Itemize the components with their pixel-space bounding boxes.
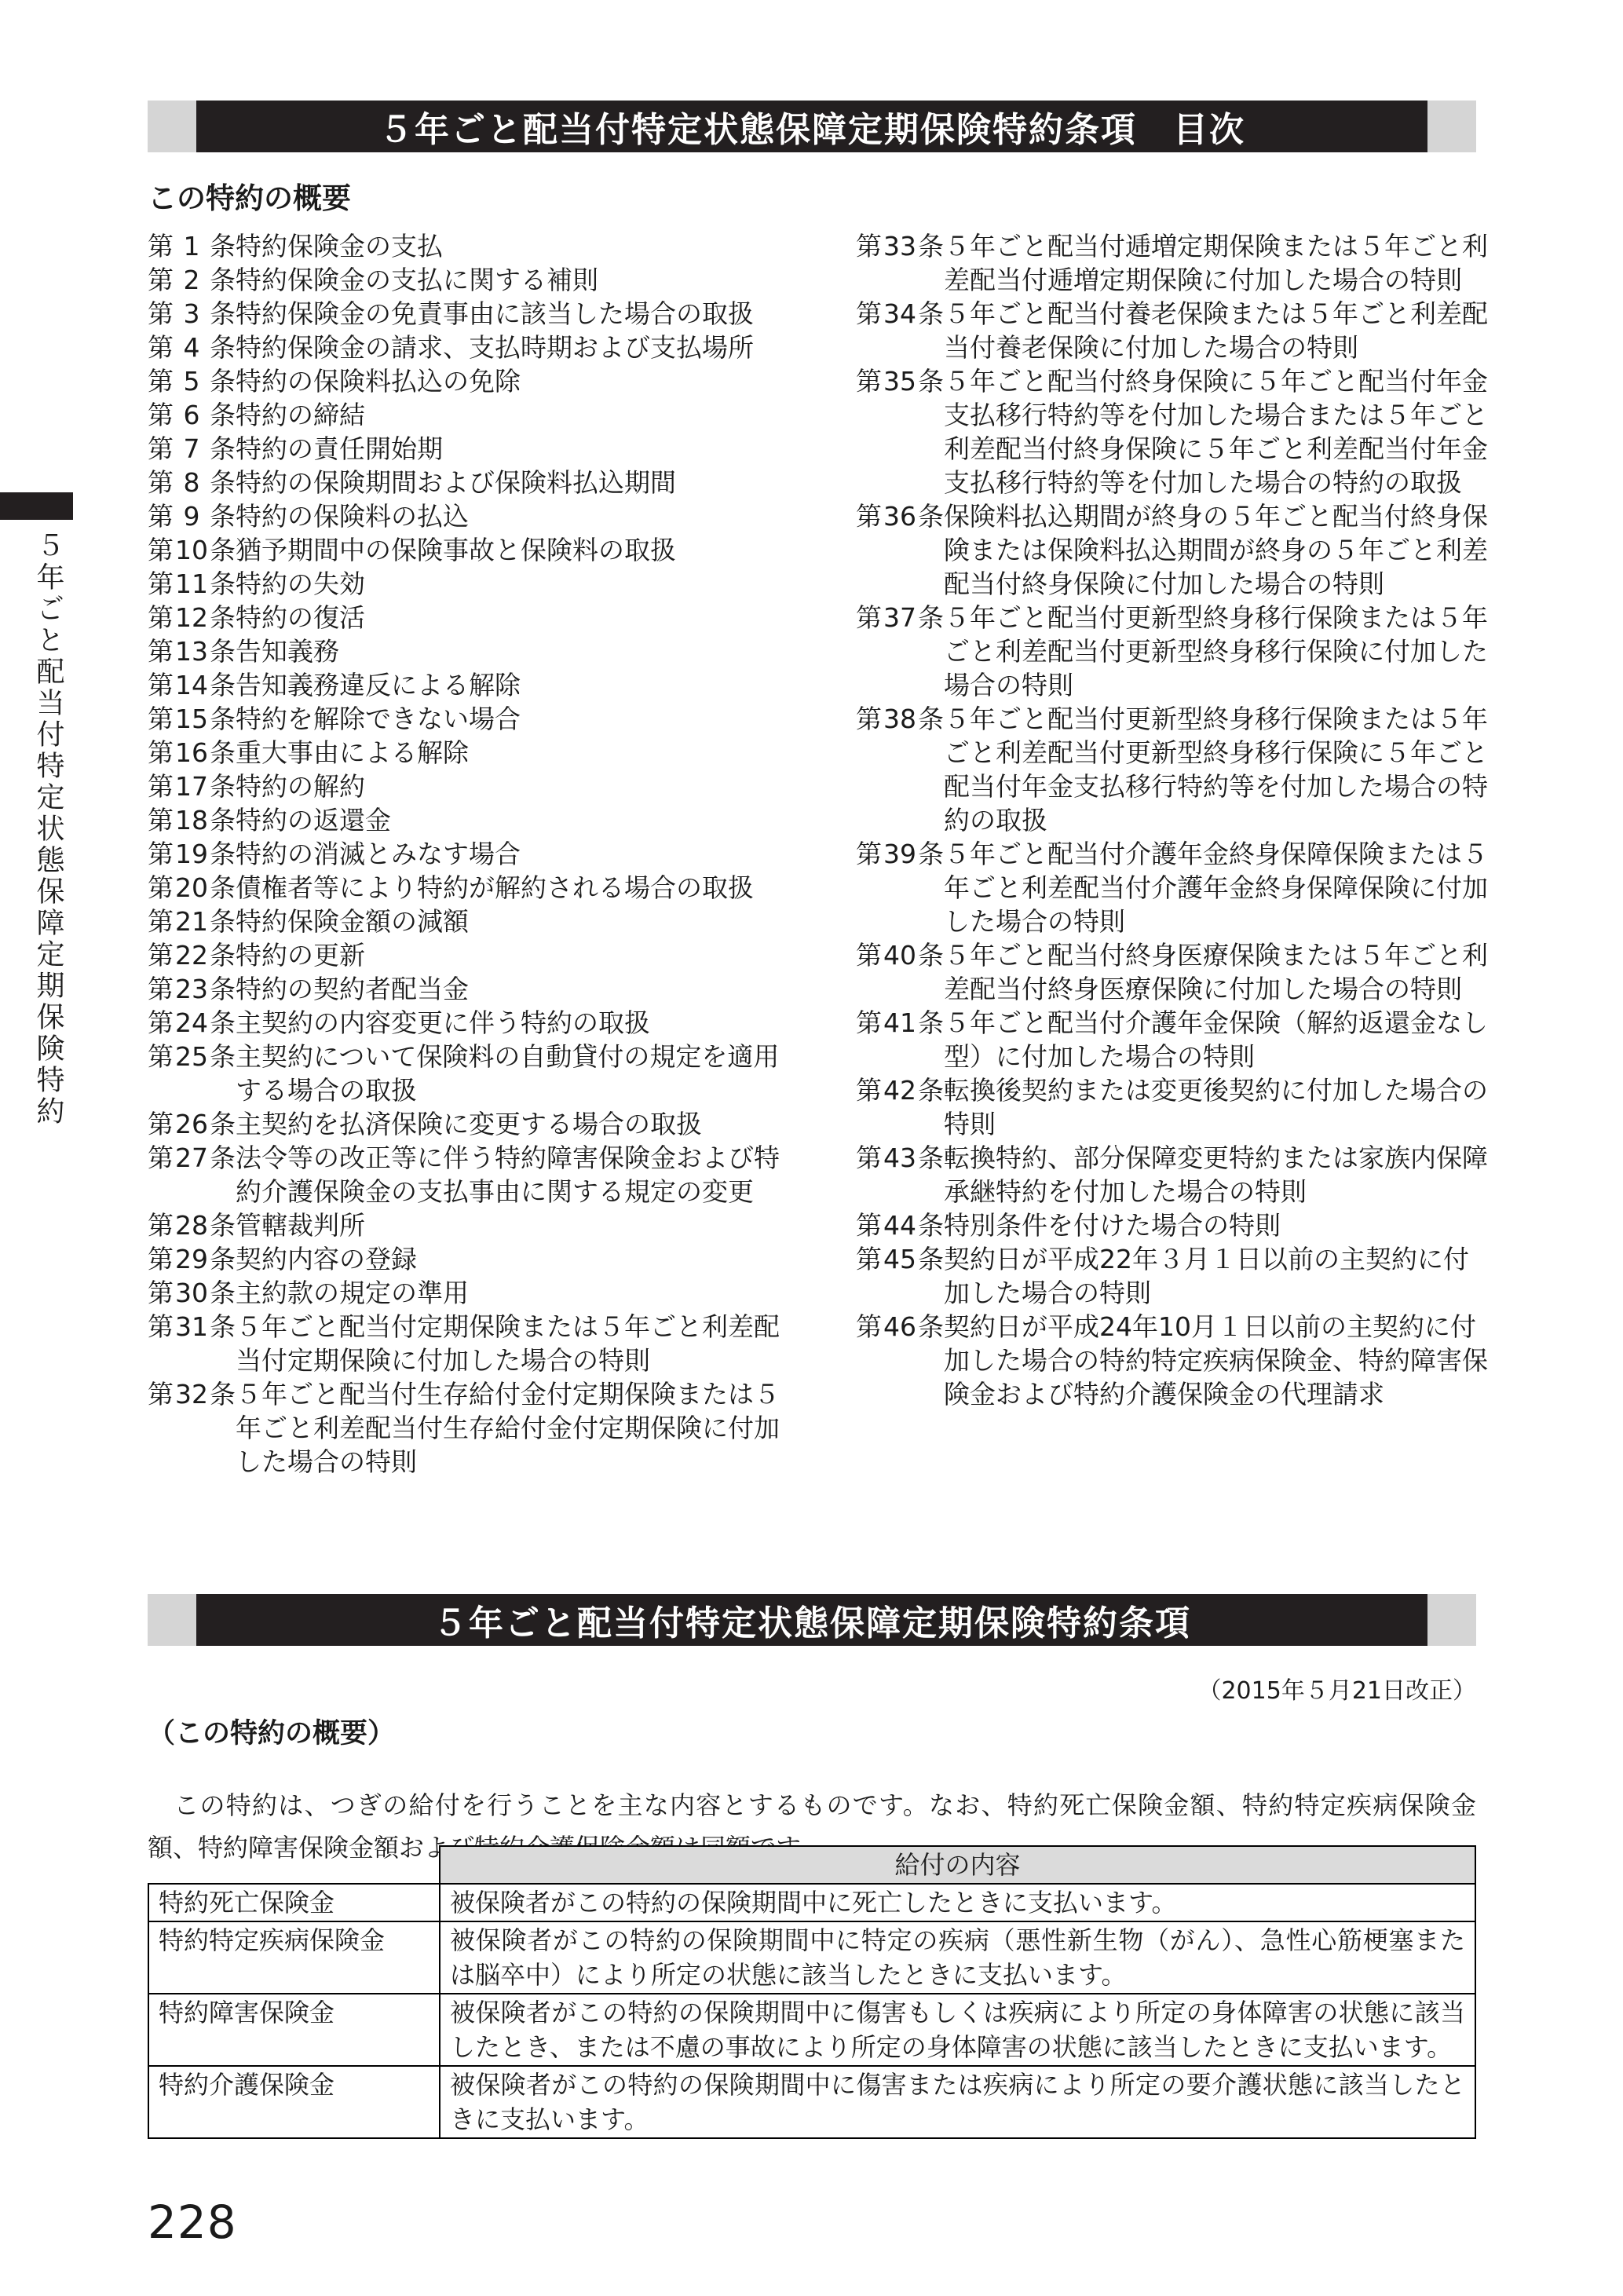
article-number-suffix: 条: [210, 567, 236, 601]
toc-entry-article-34: 第34条 ５年ごと配当付養老保険または５年ごと利差配当付養老保険に付加した場合の…: [856, 297, 1493, 364]
article-number-digit: 38: [882, 702, 918, 736]
toc-entry-article-2: 第2条 特約保険金の支払に関する補則: [148, 263, 799, 297]
article-title: 特約の復活: [236, 601, 799, 634]
article-number-suffix: 条: [918, 1242, 944, 1276]
article-number: 第30条: [148, 1276, 236, 1310]
article-title: 特約の更新: [236, 938, 799, 972]
title-bar-right-accent: [1427, 1594, 1476, 1646]
toc-entry-article-1: 第1条 特約保険金の支払: [148, 229, 799, 263]
article-number: 第20条: [148, 871, 236, 905]
article-title: 特別条件を付けた場合の特則: [944, 1208, 1493, 1242]
article-title: 主契約について保険料の自動貸付の規定を適用する場合の取扱: [236, 1040, 799, 1107]
article-number-suffix: 条: [210, 1006, 236, 1040]
article-title: 特約保険金の請求、支払時期および支払場所: [236, 331, 799, 364]
toc-right-column: 第33条 ５年ごと配当付逓増定期保険または５年ごと利差配当付逓増定期保険に付加し…: [856, 229, 1493, 1479]
table-of-contents: 第1条 特約保険金の支払 第2条 特約保険金の支払に関する補則 第3条 特約保険…: [148, 229, 1501, 1479]
article-number-digit: 8: [174, 466, 210, 499]
article-number-digit: 34: [882, 297, 918, 331]
article-number-prefix: 第: [148, 1141, 174, 1175]
toc-entry-article-11: 第11条 特約の失効: [148, 567, 799, 601]
article-number-prefix: 第: [856, 1208, 882, 1242]
article-title: 契約内容の登録: [236, 1242, 799, 1276]
article-number: 第41条: [856, 1006, 944, 1040]
article-number: 第43条: [856, 1141, 944, 1175]
article-number-digit: 21: [174, 905, 210, 938]
article-number: 第22条: [148, 938, 236, 972]
article-number: 第35条: [856, 364, 944, 398]
article-number-suffix: 条: [210, 1141, 236, 1175]
title-bar-body: ５年ごと配当付特定状態保障定期保険特約条項 目次: [196, 101, 1427, 152]
article-number-prefix: 第: [148, 466, 174, 499]
article-number-digit: 35: [882, 364, 918, 398]
article-number-digit: 13: [174, 634, 210, 668]
article-number-prefix: 第: [148, 905, 174, 938]
toc-entry-article-31: 第31条 ５年ごと配当付定期保険または５年ごと利差配当付定期保険に付加した場合の…: [148, 1310, 799, 1377]
article-title: 特約の保険期間および保険料払込期間: [236, 466, 799, 499]
article-number-suffix: 条: [918, 229, 944, 263]
article-number: 第38条: [856, 702, 944, 736]
article-number-suffix: 条: [210, 803, 236, 837]
sidebar-section-tab: [0, 492, 73, 520]
article-number-suffix: 条: [210, 770, 236, 803]
article-number-prefix: 第: [856, 1006, 882, 1040]
article-number-suffix: 条: [918, 364, 944, 398]
article-number: 第3条: [148, 297, 236, 331]
toc-entry-article-35: 第35条 ５年ごと配当付終身保険に５年ごと配当付年金支払移行特約等を付加した場合…: [856, 364, 1493, 499]
article-number-prefix: 第: [148, 1377, 174, 1411]
article-title: 特約の解約: [236, 770, 799, 803]
article-number-digit: 9: [174, 499, 210, 533]
page-number: 228: [148, 2195, 237, 2249]
article-title: ５年ごと配当付逓増定期保険または５年ごと利差配当付逓増定期保険に付加した場合の特…: [944, 229, 1493, 297]
article-title: 特約の保険料払込の免除: [236, 364, 799, 398]
toc-entry-article-4: 第4条 特約保険金の請求、支払時期および支払場所: [148, 331, 799, 364]
toc-entry-article-18: 第18条 特約の返還金: [148, 803, 799, 837]
toc-entry-article-40: 第40条 ５年ごと配当付終身医療保険または５年ごと利差配当付終身医療保険に付加し…: [856, 938, 1493, 1006]
article-number-prefix: 第: [148, 1107, 174, 1141]
article-number: 第10条: [148, 533, 236, 567]
toc-entry-article-23: 第23条 特約の契約者配当金: [148, 972, 799, 1006]
article-number-suffix: 条: [210, 466, 236, 499]
article-number-suffix: 条: [210, 601, 236, 634]
article-number-digit: 2: [174, 263, 210, 297]
toc-entry-article-10: 第10条 猶予期間中の保険事故と保険料の取扱: [148, 533, 799, 567]
article-number: 第11条: [148, 567, 236, 601]
article-number-digit: 4: [174, 331, 210, 364]
article-number-suffix: 条: [210, 871, 236, 905]
benefit-description: 被保険者がこの特約の保険期間中に傷害もしくは疾病により所定の身体障害の状態に該当…: [440, 1994, 1475, 2066]
toc-entry-article-3: 第3条 特約保険金の免責事由に該当した場合の取扱: [148, 297, 799, 331]
article-number-prefix: 第: [148, 1242, 174, 1276]
article-number-digit: 6: [174, 398, 210, 432]
article-number-prefix: 第: [856, 1242, 882, 1276]
article-number-digit: 40: [882, 938, 918, 972]
article-title: 特約保険金額の減額: [236, 905, 799, 938]
article-number-digit: 30: [174, 1276, 210, 1310]
toc-bar-title: ５年ごと配当付特定状態保障定期保険特約条項 目次: [378, 101, 1245, 152]
article-title: ５年ごと配当付介護年金終身保障保険または５年ごと利差配当付介護年金終身保障保険に…: [944, 837, 1493, 938]
title-bar-left-accent: [148, 1594, 196, 1646]
article-title: 特約の返還金: [236, 803, 799, 837]
article-number-prefix: 第: [856, 1141, 882, 1175]
article-number-digit: 37: [882, 601, 918, 634]
article-number-prefix: 第: [148, 938, 174, 972]
toc-entry-article-30: 第30条 主約款の規定の準用: [148, 1276, 799, 1310]
benefits-header-row: 給付の内容: [148, 1846, 1475, 1884]
toc-entry-article-37: 第37条 ５年ごと配当付更新型終身移行保険または５年ごと利差配当付更新型終身移行…: [856, 601, 1493, 702]
article-number-prefix: 第: [856, 364, 882, 398]
article-number-prefix: 第: [148, 1208, 174, 1242]
article-number-digit: 32: [174, 1377, 210, 1411]
article-number: 第31条: [148, 1310, 236, 1344]
article-number-digit: 23: [174, 972, 210, 1006]
article-title: 主契約の内容変更に伴う特約の取扱: [236, 1006, 799, 1040]
article-title: 主約款の規定の準用: [236, 1276, 799, 1310]
article-number: 第45条: [856, 1242, 944, 1276]
toc-entry-article-46: 第46条 契約日が平成24年10月１日以前の主契約に付加した場合の特約特定疾病保…: [856, 1310, 1493, 1411]
toc-entry-article-19: 第19条 特約の消滅とみなす場合: [148, 837, 799, 871]
toc-entry-article-20: 第20条 債権者等により特約が解約される場合の取扱: [148, 871, 799, 905]
article-number-digit: 39: [882, 837, 918, 871]
article-title: ５年ごと配当付終身保険に５年ごと配当付年金支払移行特約等を付加した場合または５年…: [944, 364, 1493, 499]
sidebar-vertical-title: ５年ごと配当付特定状態保障定期保険特約: [28, 531, 68, 1128]
article-number-suffix: 条: [210, 364, 236, 398]
article-number-digit: 5: [174, 364, 210, 398]
article-number-digit: 22: [174, 938, 210, 972]
toc-entry-article-32: 第32条 ５年ごと配当付生存給付金付定期保険または５年ごと利差配当付生存給付金付…: [148, 1377, 799, 1479]
article-number-prefix: 第: [148, 770, 174, 803]
article-number-prefix: 第: [148, 398, 174, 432]
toc-entry-article-21: 第21条 特約保険金額の減額: [148, 905, 799, 938]
article-number-prefix: 第: [148, 567, 174, 601]
toc-entry-article-42: 第42条 転換後契約または変更後契約に付加した場合の特則: [856, 1073, 1493, 1141]
article-number-prefix: 第: [856, 499, 882, 533]
article-number: 第46条: [856, 1310, 944, 1344]
article-number-digit: 26: [174, 1107, 210, 1141]
article-number-suffix: 条: [210, 229, 236, 263]
toc-entry-article-15: 第15条 特約を解除できない場合: [148, 702, 799, 736]
article-number: 第44条: [856, 1208, 944, 1242]
article-title: 保険料払込期間が終身の５年ごと配当付終身保険または保険料払込期間が終身の５年ごと…: [944, 499, 1493, 601]
article-number-suffix: 条: [918, 601, 944, 634]
article-title: 特約の保険料の払込: [236, 499, 799, 533]
article-number-prefix: 第: [148, 601, 174, 634]
article-number-suffix: 条: [210, 1107, 236, 1141]
title-bar-body: ５年ごと配当付特定状態保障定期保険特約条項: [196, 1594, 1427, 1646]
toc-entry-article-5: 第5条 特約の保険料払込の免除: [148, 364, 799, 398]
article-title: ５年ごと配当付養老保険または５年ごと利差配当付養老保険に付加した場合の特則: [944, 297, 1493, 364]
article-number-digit: 11: [174, 567, 210, 601]
toc-entry-article-7: 第7条 特約の責任開始期: [148, 432, 799, 466]
article-number: 第25条: [148, 1040, 236, 1073]
article-title: 主契約を払済保険に変更する場合の取扱: [236, 1107, 799, 1141]
document-page: { "colors": { "bar_black": "#231f20", "b…: [0, 0, 1623, 2296]
article-number-prefix: 第: [148, 736, 174, 770]
article-title: 告知義務: [236, 634, 799, 668]
article-number-suffix: 条: [210, 1276, 236, 1310]
article-number: 第6条: [148, 398, 236, 432]
article-number: 第14条: [148, 668, 236, 702]
article-number-suffix: 条: [210, 837, 236, 871]
article-title: ５年ごと配当付終身医療保険または５年ごと利差配当付終身医療保険に付加した場合の特…: [944, 938, 1493, 1006]
article-number-digit: 29: [174, 1242, 210, 1276]
benefits-header-cell: 給付の内容: [440, 1846, 1475, 1884]
article-number-prefix: 第: [148, 972, 174, 1006]
toc-overview-heading: この特約の概要: [148, 174, 351, 217]
article-title: 重大事由による解除: [236, 736, 799, 770]
article-number-suffix: 条: [210, 263, 236, 297]
article-title: 告知義務違反による解除: [236, 668, 799, 702]
article-number-prefix: 第: [856, 297, 882, 331]
article-number-suffix: 条: [918, 297, 944, 331]
article-number-digit: 12: [174, 601, 210, 634]
article-number-prefix: 第: [856, 229, 882, 263]
article-number-digit: 33: [882, 229, 918, 263]
article-number-prefix: 第: [148, 533, 174, 567]
article-number: 第34条: [856, 297, 944, 331]
article-number: 第36条: [856, 499, 944, 533]
toc-entry-article-43: 第43条 転換特約、部分保障変更特約または家族内保障承継特約を付加した場合の特則: [856, 1141, 1493, 1208]
article-number-digit: 17: [174, 770, 210, 803]
article-number-suffix: 条: [210, 432, 236, 466]
benefits-header-spacer: [148, 1846, 440, 1884]
article-number-suffix: 条: [210, 1377, 236, 1411]
article-title: 特約保険金の免責事由に該当した場合の取扱: [236, 297, 799, 331]
article-number-digit: 24: [174, 1006, 210, 1040]
article-number-suffix: 条: [210, 938, 236, 972]
toc-entry-article-45: 第45条 契約日が平成22年３月１日以前の主契約に付加した場合の特則: [856, 1242, 1493, 1310]
article-number-digit: 3: [174, 297, 210, 331]
benefits-row: 特約介護保険金 被保険者がこの特約の保険期間中に傷害または疾病により所定の要介護…: [148, 2066, 1475, 2138]
benefits-row: 特約障害保険金 被保険者がこの特約の保険期間中に傷害もしくは疾病により所定の身体…: [148, 1994, 1475, 2066]
article-number-prefix: 第: [148, 263, 174, 297]
benefit-name: 特約介護保険金: [148, 2066, 440, 2138]
article-title: ５年ごと配当付定期保険または５年ごと利差配当付定期保険に付加した場合の特則: [236, 1310, 799, 1377]
provisions-overview-heading: （この特約の概要）: [148, 1712, 395, 1751]
article-number-digit: 14: [174, 668, 210, 702]
revision-date: （2015年５月21日改正）: [148, 1671, 1476, 1706]
article-number-suffix: 条: [918, 1073, 944, 1107]
article-number-prefix: 第: [856, 1310, 882, 1344]
toc-title-bar: ５年ごと配当付特定状態保障定期保険特約条項 目次: [148, 101, 1476, 152]
article-number-suffix: 条: [210, 905, 236, 938]
article-number-digit: 36: [882, 499, 918, 533]
toc-entry-article-9: 第9条 特約の保険料の払込: [148, 499, 799, 533]
toc-entry-article-6: 第6条 特約の締結: [148, 398, 799, 432]
benefits-table: 給付の内容 特約死亡保険金 被保険者がこの特約の保険期間中に死亡したときに支払い…: [148, 1845, 1476, 2139]
article-number-prefix: 第: [148, 803, 174, 837]
article-number-prefix: 第: [148, 229, 174, 263]
benefit-name: 特約特定疾病保険金: [148, 1921, 440, 1994]
toc-entry-article-41: 第41条 ５年ごと配当付介護年金保険（解約返還金なし型）に付加した場合の特則: [856, 1006, 1493, 1073]
article-number: 第29条: [148, 1242, 236, 1276]
article-number-prefix: 第: [856, 938, 882, 972]
article-number-digit: 31: [174, 1310, 210, 1344]
article-number-prefix: 第: [148, 1006, 174, 1040]
article-title: 特約保険金の支払に関する補則: [236, 263, 799, 297]
article-number-prefix: 第: [148, 499, 174, 533]
title-bar-right-accent: [1427, 101, 1476, 152]
article-number: 第9条: [148, 499, 236, 533]
article-number: 第5条: [148, 364, 236, 398]
provisions-bar-title: ５年ごと配当付特定状態保障定期保険特約条項: [433, 1595, 1191, 1645]
article-number-digit: 1: [174, 229, 210, 263]
article-number-suffix: 条: [210, 533, 236, 567]
article-number: 第17条: [148, 770, 236, 803]
article-number: 第27条: [148, 1141, 236, 1175]
article-number-prefix: 第: [148, 1310, 174, 1344]
article-number-prefix: 第: [148, 1276, 174, 1310]
article-number: 第42条: [856, 1073, 944, 1107]
toc-entry-article-13: 第13条 告知義務: [148, 634, 799, 668]
article-title: 契約日が平成24年10月１日以前の主契約に付加した場合の特約特定疾病保険金、特約…: [944, 1310, 1493, 1411]
article-title: ５年ごと配当付更新型終身移行保険または５年ごと利差配当付更新型終身移行保険に付加…: [944, 601, 1493, 702]
benefit-description: 被保険者がこの特約の保険期間中に特定の疾病（悪性新生物（がん）、急性心筋梗塞また…: [440, 1921, 1475, 1994]
article-number-digit: 15: [174, 702, 210, 736]
article-number-suffix: 条: [210, 297, 236, 331]
article-number-suffix: 条: [210, 1242, 236, 1276]
toc-entry-article-16: 第16条 重大事由による解除: [148, 736, 799, 770]
article-number: 第26条: [148, 1107, 236, 1141]
toc-entry-article-25: 第25条 主契約について保険料の自動貸付の規定を適用する場合の取扱: [148, 1040, 799, 1107]
toc-entry-article-24: 第24条 主契約の内容変更に伴う特約の取扱: [148, 1006, 799, 1040]
article-number-suffix: 条: [210, 1310, 236, 1344]
title-bar-left-accent: [148, 101, 196, 152]
article-number-suffix: 条: [210, 702, 236, 736]
article-number-suffix: 条: [918, 1208, 944, 1242]
article-number-suffix: 条: [210, 736, 236, 770]
article-number-suffix: 条: [918, 702, 944, 736]
article-number-suffix: 条: [210, 1040, 236, 1073]
article-number-prefix: 第: [148, 297, 174, 331]
article-title: 転換後契約または変更後契約に付加した場合の特則: [944, 1073, 1493, 1141]
article-number-digit: 45: [882, 1242, 918, 1276]
article-number-digit: 18: [174, 803, 210, 837]
article-number-prefix: 第: [148, 871, 174, 905]
article-title: 特約の責任開始期: [236, 432, 799, 466]
benefits-row: 特約特定疾病保険金 被保険者がこの特約の保険期間中に特定の疾病（悪性新生物（がん…: [148, 1921, 1475, 1994]
toc-entry-article-8: 第8条 特約の保険期間および保険料払込期間: [148, 466, 799, 499]
article-number: 第8条: [148, 466, 236, 499]
article-number-suffix: 条: [210, 1208, 236, 1242]
toc-entry-article-26: 第26条 主契約を払済保険に変更する場合の取扱: [148, 1107, 799, 1141]
article-number-digit: 27: [174, 1141, 210, 1175]
article-title: ５年ごと配当付生存給付金付定期保険または５年ごと利差配当付生存給付金付定期保険に…: [236, 1377, 799, 1479]
article-number: 第23条: [148, 972, 236, 1006]
article-number-digit: 43: [882, 1141, 918, 1175]
article-number-prefix: 第: [856, 702, 882, 736]
toc-entry-article-12: 第12条 特約の復活: [148, 601, 799, 634]
toc-entry-article-33: 第33条 ５年ごと配当付逓増定期保険または５年ごと利差配当付逓増定期保険に付加し…: [856, 229, 1493, 297]
article-number: 第2条: [148, 263, 236, 297]
article-number: 第37条: [856, 601, 944, 634]
article-title: 特約保険金の支払: [236, 229, 799, 263]
article-number: 第12条: [148, 601, 236, 634]
article-title: 法令等の改正等に伴う特約障害保険金および特約介護保険金の支払事由に関する規定の変…: [236, 1141, 799, 1208]
article-number-digit: 41: [882, 1006, 918, 1040]
benefit-name: 特約障害保険金: [148, 1994, 440, 2066]
article-number-suffix: 条: [918, 1141, 944, 1175]
article-number-suffix: 条: [210, 634, 236, 668]
toc-entry-article-29: 第29条 契約内容の登録: [148, 1242, 799, 1276]
article-number: 第1条: [148, 229, 236, 263]
article-number: 第13条: [148, 634, 236, 668]
article-number: 第21条: [148, 905, 236, 938]
article-number: 第16条: [148, 736, 236, 770]
article-number: 第28条: [148, 1208, 236, 1242]
article-number-prefix: 第: [856, 601, 882, 634]
toc-entry-article-17: 第17条 特約の解約: [148, 770, 799, 803]
article-number: 第33条: [856, 229, 944, 263]
benefit-description: 被保険者がこの特約の保険期間中に死亡したときに支払います。: [440, 1884, 1475, 1921]
toc-entry-article-28: 第28条 管轄裁判所: [148, 1208, 799, 1242]
toc-entry-article-27: 第27条 法令等の改正等に伴う特約障害保険金および特約介護保険金の支払事由に関す…: [148, 1141, 799, 1208]
benefit-name: 特約死亡保険金: [148, 1884, 440, 1921]
article-title: ５年ごと配当付介護年金保険（解約返還金なし型）に付加した場合の特則: [944, 1006, 1493, 1073]
article-number-prefix: 第: [148, 702, 174, 736]
article-number-prefix: 第: [148, 432, 174, 466]
article-number: 第4条: [148, 331, 236, 364]
article-number-prefix: 第: [148, 331, 174, 364]
article-number-suffix: 条: [918, 938, 944, 972]
article-number: 第24条: [148, 1006, 236, 1040]
article-number-digit: 20: [174, 871, 210, 905]
toc-left-column: 第1条 特約保険金の支払 第2条 特約保険金の支払に関する補則 第3条 特約保険…: [148, 229, 799, 1479]
article-title: 債権者等により特約が解約される場合の取扱: [236, 871, 799, 905]
article-number-prefix: 第: [856, 837, 882, 871]
article-number: 第7条: [148, 432, 236, 466]
article-number-suffix: 条: [210, 668, 236, 702]
article-number-digit: 44: [882, 1208, 918, 1242]
article-number-digit: 28: [174, 1208, 210, 1242]
article-title: 特約の失効: [236, 567, 799, 601]
article-title: ５年ごと配当付更新型終身移行保険または５年ごと利差配当付更新型終身移行保険に５年…: [944, 702, 1493, 837]
article-number-suffix: 条: [918, 499, 944, 533]
article-title: 猶予期間中の保険事故と保険料の取扱: [236, 533, 799, 567]
article-number: 第39条: [856, 837, 944, 871]
article-number-digit: 10: [174, 533, 210, 567]
benefit-description: 被保険者がこの特約の保険期間中に傷害または疾病により所定の要介護状態に該当したと…: [440, 2066, 1475, 2138]
toc-entry-article-36: 第36条 保険料払込期間が終身の５年ごと配当付終身保険または保険料払込期間が終身…: [856, 499, 1493, 601]
article-number: 第19条: [148, 837, 236, 871]
article-number-prefix: 第: [148, 668, 174, 702]
article-number-prefix: 第: [148, 634, 174, 668]
article-number: 第40条: [856, 938, 944, 972]
article-title: 特約を解除できない場合: [236, 702, 799, 736]
toc-entry-article-39: 第39条 ５年ごと配当付介護年金終身保障保険または５年ごと利差配当付介護年金終身…: [856, 837, 1493, 938]
toc-entry-article-22: 第22条 特約の更新: [148, 938, 799, 972]
article-number-suffix: 条: [918, 837, 944, 871]
article-number-prefix: 第: [148, 837, 174, 871]
article-title: 契約日が平成22年３月１日以前の主契約に付加した場合の特則: [944, 1242, 1493, 1310]
article-title: 転換特約、部分保障変更特約または家族内保障承継特約を付加した場合の特則: [944, 1141, 1493, 1208]
article-number: 第32条: [148, 1377, 236, 1411]
article-number: 第15条: [148, 702, 236, 736]
article-number-digit: 46: [882, 1310, 918, 1344]
article-title: 特約の締結: [236, 398, 799, 432]
toc-entry-article-44: 第44条 特別条件を付けた場合の特則: [856, 1208, 1493, 1242]
benefits-row: 特約死亡保険金 被保険者がこの特約の保険期間中に死亡したときに支払います。: [148, 1884, 1475, 1921]
article-title: 特約の消滅とみなす場合: [236, 837, 799, 871]
article-number-prefix: 第: [856, 1073, 882, 1107]
provisions-title-bar: ５年ごと配当付特定状態保障定期保険特約条項: [148, 1594, 1476, 1646]
article-number-suffix: 条: [210, 972, 236, 1006]
article-number-digit: 42: [882, 1073, 918, 1107]
article-number-prefix: 第: [148, 1040, 174, 1073]
article-title: 管轄裁判所: [236, 1208, 799, 1242]
article-number-suffix: 条: [210, 331, 236, 364]
toc-entry-article-14: 第14条 告知義務違反による解除: [148, 668, 799, 702]
